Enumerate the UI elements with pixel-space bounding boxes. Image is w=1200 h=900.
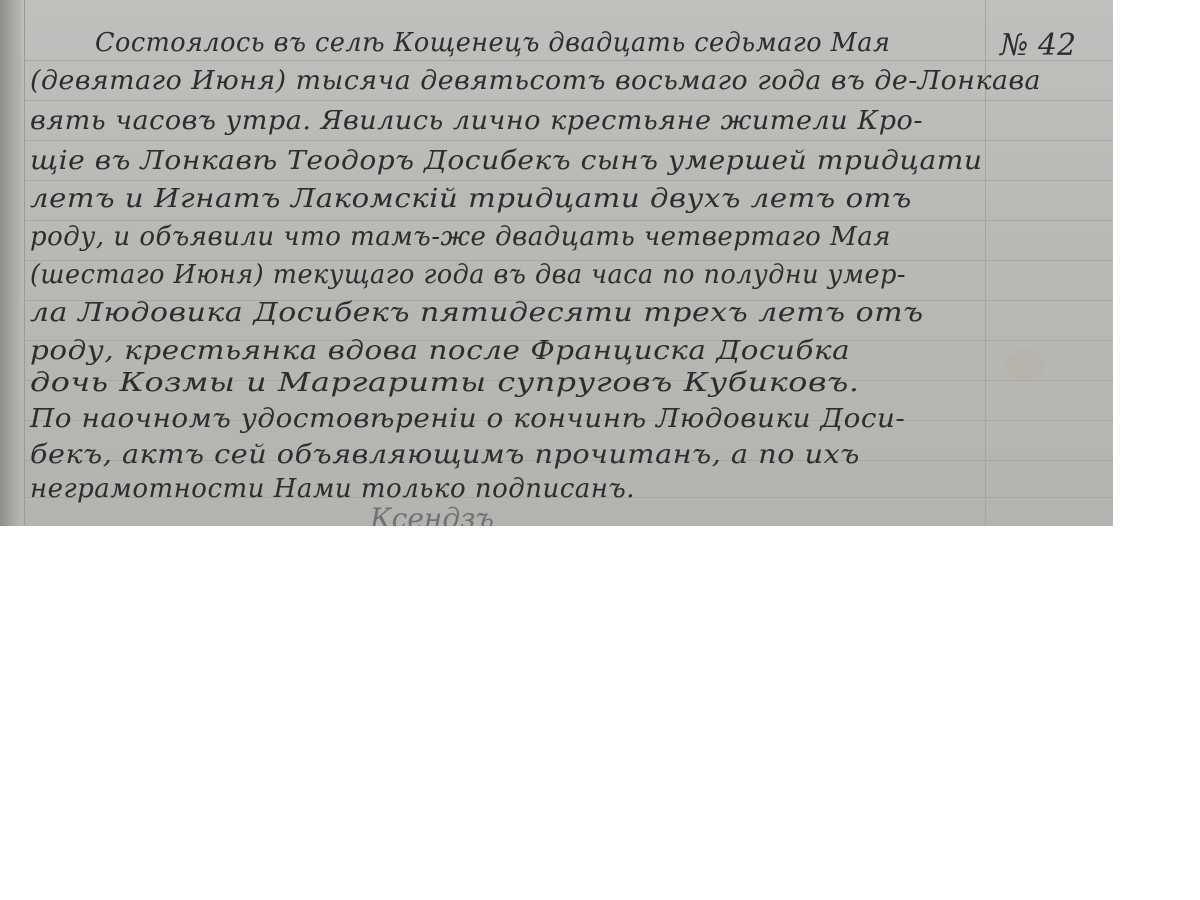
ruled-line bbox=[24, 100, 1113, 101]
document-line: летъ и Игнатъ Лакомскій тридцати двухъ л… bbox=[30, 184, 912, 214]
ruled-line bbox=[24, 60, 1113, 61]
ruled-line bbox=[24, 140, 1113, 141]
document-line: роду, и объявили что тамъ-же двадцать че… bbox=[30, 222, 891, 252]
document-line: По наочномъ удостовѣреніи о кончинѣ Людо… bbox=[30, 404, 905, 434]
ruled-line bbox=[24, 180, 1113, 181]
document-line: неграмотности Нами только подписанъ. bbox=[30, 474, 635, 504]
document-line: вять часовъ утра. Явились лично крестьян… bbox=[30, 106, 923, 136]
document-line: бекъ, актъ сей объявляющимъ прочитанъ, а… bbox=[30, 440, 860, 470]
ruled-line bbox=[24, 220, 1113, 221]
left-margin-line bbox=[24, 0, 25, 526]
document-line: роду, крестьянка вдова после Франциска Д… bbox=[30, 336, 850, 366]
paper-stain bbox=[1005, 350, 1045, 380]
document-line: Состоялось въ селѣ Кощенецъ двадцать сед… bbox=[95, 28, 890, 58]
binding-shadow bbox=[0, 0, 22, 526]
document-line: (девятаго Июня) тысяча девятьсотъ восьма… bbox=[30, 66, 1041, 96]
document-line: щіе въ Лонкавѣ Теодоръ Досибекъ сынъ уме… bbox=[30, 146, 983, 176]
document-line: дочь Козмы и Маргариты супруговъ Кубиков… bbox=[30, 368, 860, 398]
document-line: ла Людовика Досибекъ пятидесяти трехъ ле… bbox=[30, 298, 924, 328]
document-photo: Состоялось въ селѣ Кощенецъ двадцать сед… bbox=[0, 0, 1113, 526]
signature: Ксендзъ bbox=[370, 502, 494, 526]
document-line: (шестаго Июня) текущаго года въ два часа… bbox=[30, 260, 906, 290]
record-number: № 42 bbox=[1000, 28, 1076, 63]
